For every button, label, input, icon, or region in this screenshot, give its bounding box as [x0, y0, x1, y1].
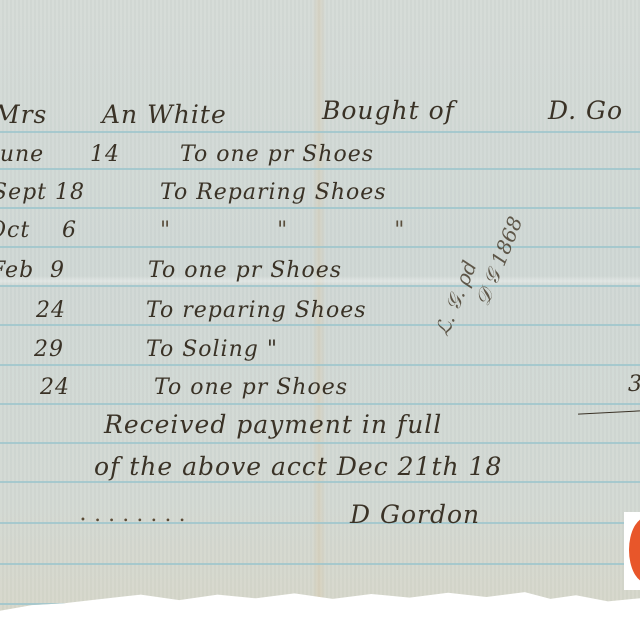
ruled-line [0, 285, 640, 287]
entry-month: Sept [0, 180, 47, 205]
ink-spots: • ∙ ∙ ∙ ∙ ∙ ∙ ∙ [80, 515, 187, 526]
ruled-line [0, 442, 640, 444]
ruled-line [0, 207, 640, 209]
signature: D Gordon [350, 500, 480, 529]
entry-month: Oct [0, 218, 30, 243]
entry-day: 18 [55, 180, 85, 205]
entry-description: To one pr Shoes [180, 142, 374, 167]
ruled-line [0, 603, 640, 605]
bought-of-text: Bought of [322, 96, 455, 125]
entry-day: 14 [90, 142, 120, 167]
entry-day: 9 [50, 258, 65, 283]
entry-description: " " " [160, 218, 454, 243]
ruled-line [0, 403, 640, 405]
receipt-line-2: of the above acct Dec 21th 18 [94, 452, 502, 481]
ruled-line [0, 364, 640, 366]
receipt-line-1: Received payment in full [104, 410, 442, 439]
ruled-line [0, 168, 640, 170]
entry-description: To Reparing Shoes [160, 180, 387, 205]
ruled-line [0, 131, 640, 133]
customer-name: An White [102, 100, 227, 129]
merchant-abbrev: D. Go [548, 96, 623, 125]
entry-description: To reparing Shoes [146, 298, 367, 323]
entry-month: June [0, 142, 44, 167]
ruled-line [0, 324, 640, 326]
entry-description: To Soling " [146, 337, 278, 362]
amount-fragment: 3 [628, 372, 640, 397]
ruled-line [0, 481, 640, 483]
ruled-line [0, 246, 640, 248]
entry-day: 24 [40, 375, 70, 400]
entry-month: Feb [0, 258, 34, 283]
ruled-line [0, 563, 640, 565]
entry-description: To one pr Shoes [154, 375, 348, 400]
entry-day: 24 [36, 298, 66, 323]
entry-day: 29 [34, 337, 64, 362]
salutation: Mrs [0, 100, 47, 129]
entry-description: To one pr Shoes [148, 258, 342, 283]
entry-day: 6 [62, 218, 77, 243]
